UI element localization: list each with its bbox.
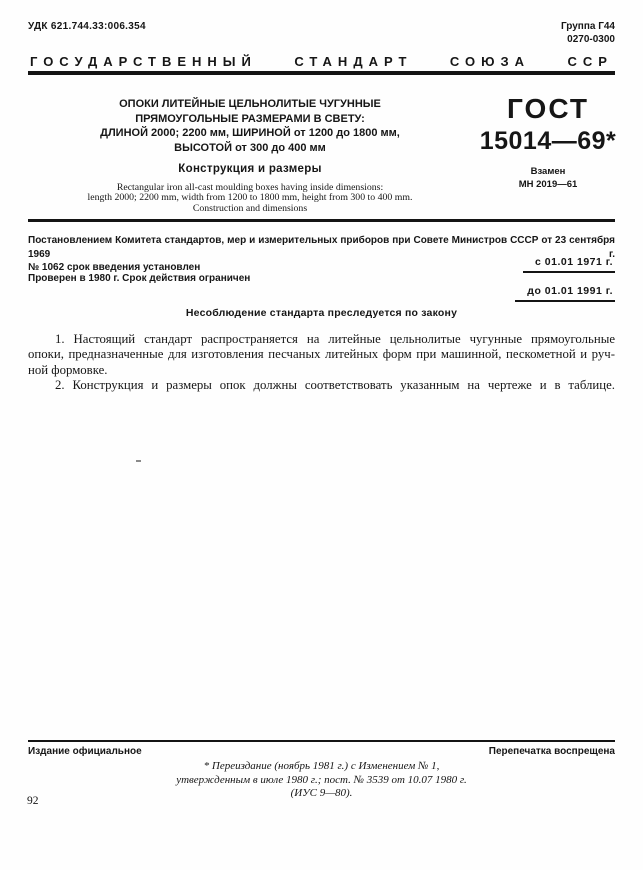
title-line-2: ПРЯМОУГОЛЬНЫЕ РАЗМЕРАМИ В СВЕТУ: xyxy=(38,112,462,127)
scan-artifact-dot xyxy=(136,460,141,462)
title-line-3: ДЛИНОЙ 2000; 2200 мм, ШИРИНОЙ от 1200 до… xyxy=(38,126,462,141)
title-en-line-2: length 2000; 2200 mm, width from 1200 to… xyxy=(38,193,462,204)
paragraph-1-line-2: опоки, предназначенные для изготовления … xyxy=(28,347,615,362)
group-label: Группа Г44 xyxy=(561,20,615,33)
standard-document-page: УДК 621.744.33:006.354 Группа Г44 0270-0… xyxy=(0,0,643,870)
gost-label: ГОСТ xyxy=(466,94,630,124)
header-word-2: СТАНДАРТ xyxy=(294,54,412,69)
paragraph-1-line-1: 1. Настоящий стандарт распространяется н… xyxy=(28,332,615,347)
title-en-line-3: Construction and dimensions xyxy=(38,204,462,215)
reissue-footnote: * Переиздание (ноябрь 1981 г.) с Изменен… xyxy=(100,760,543,801)
official-edition-label: Издание официальное xyxy=(28,746,142,757)
footnote-line-1: * Переиздание (ноябрь 1981 г.) с Изменен… xyxy=(100,760,543,774)
header-word-3: СОЮЗА xyxy=(450,54,530,69)
state-standard-header: ГОСУДАРСТВЕННЫЙ СТАНДАРТ СОЮЗА ССР xyxy=(30,54,613,69)
gost-number: 15014—69* xyxy=(466,126,630,156)
footer-rule xyxy=(28,740,615,742)
law-notice: Несоблюдение стандарта преследуется по з… xyxy=(0,307,643,319)
valid-until-value: до 01.01 1991 г. xyxy=(515,285,615,302)
okp-code: 0270-0300 xyxy=(561,33,615,46)
title-subtitle: Конструкция и размеры xyxy=(38,162,462,177)
footnote-line-2: утвержденным в июле 1980 г.; пост. № 353… xyxy=(100,774,543,788)
effective-date-value: с 01.01 1971 г. xyxy=(523,256,615,273)
checked-note: Проверен в 1980 г. Срок действия огранич… xyxy=(28,273,250,284)
header-rule xyxy=(28,71,615,75)
paragraph-1-line-3: ной формовке. xyxy=(28,363,615,378)
title-line-4: ВЫСОТОЙ от 300 до 400 мм xyxy=(38,141,462,156)
page-number: 92 xyxy=(27,795,39,807)
group-code-block: Группа Г44 0270-0300 xyxy=(561,20,615,46)
title-separator-rule xyxy=(28,219,615,222)
paragraph-2: 2. Конструкция и размеры опок должны соо… xyxy=(28,378,615,393)
footnote-line-3: (ИУС 9—80). xyxy=(100,787,543,801)
title-english-translation: Rectangular iron all-cast moulding boxes… xyxy=(38,183,462,215)
replaces-block: Взамен МН 2019—61 xyxy=(466,165,630,191)
standard-body-text: 1. Настоящий стандарт распространяется н… xyxy=(28,332,615,394)
standard-title-block: ОПОКИ ЛИТЕЙНЫЕ ЦЕЛЬНОЛИТЫЕ ЧУГУННЫЕ ПРЯМ… xyxy=(38,97,462,214)
replaces-label: Взамен xyxy=(466,165,630,178)
title-line-1: ОПОКИ ЛИТЕЙНЫЕ ЦЕЛЬНОЛИТЫЕ ЧУГУННЫЕ xyxy=(38,97,462,112)
replaces-value: МН 2019—61 xyxy=(466,178,630,191)
valid-until-date: до 01.01 1991 г. xyxy=(515,285,615,302)
header-word-4: ССР xyxy=(568,54,613,69)
reprint-forbidden-label: Перепечатка воспрещена xyxy=(489,746,615,757)
effective-date: с 01.01 1971 г. xyxy=(523,256,615,273)
gost-designation-block: ГОСТ 15014—69* Взамен МН 2019—61 xyxy=(466,94,630,191)
udc-classifier: УДК 621.744.33:006.354 xyxy=(28,21,146,32)
header-word-1: ГОСУДАРСТВЕННЫЙ xyxy=(30,54,257,69)
